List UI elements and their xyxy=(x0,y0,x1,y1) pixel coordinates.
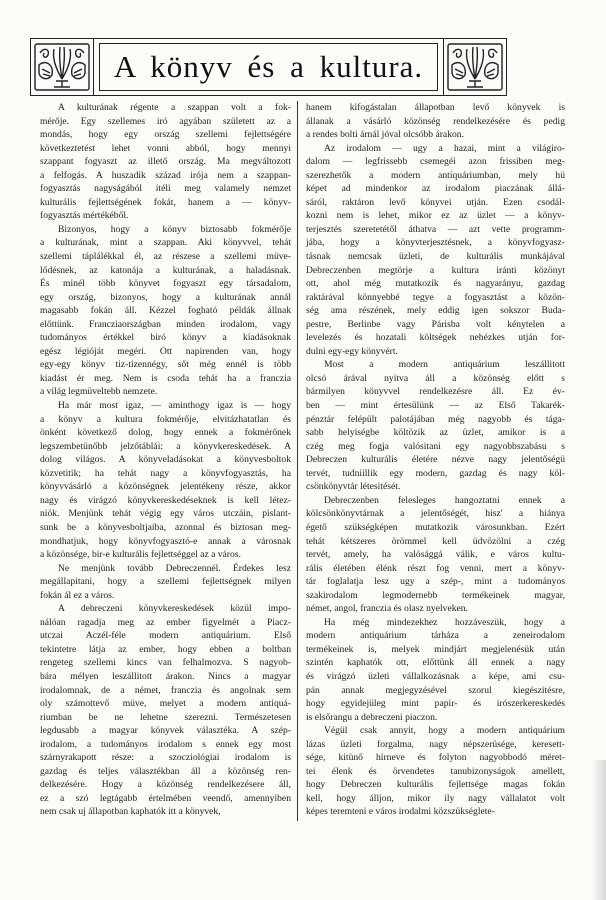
text-line: modern antiquárium tárháza a zeneirodalo… xyxy=(306,629,565,643)
text-line: magasabb fokán áll. Kézzel fogható példá… xyxy=(40,304,291,318)
text-line: irodalom, a tudományos irodalom s ennek … xyxy=(40,738,291,752)
text-line: kell, hogy álljon, mikor ily nagy vállal… xyxy=(306,792,565,806)
text-line: szakirodalom legmodernebb termékeinek ma… xyxy=(306,589,565,603)
text-line: tehát kétszeres örömmel kell üdvözölni a… xyxy=(306,535,565,549)
text-line: Debreczen kulturális életére nézve nagy … xyxy=(306,453,565,467)
paragraph: Ha már most igaz, — aminthogy igaz is — … xyxy=(40,399,291,562)
text-line: tervét, tudniillik egy modern, gazdag és… xyxy=(306,467,565,481)
text-line: pénztár felépült palotájában még nagyobb… xyxy=(306,413,565,427)
text-line: irodalomnak, de a német, franczia és ang… xyxy=(40,684,291,698)
text-line: mérője. Egy szellemes iró agyában szület… xyxy=(40,115,291,129)
text-line: oly számottevő müve, melyet a modern ant… xyxy=(40,697,291,711)
text-line: fogyasztás mértékéből. xyxy=(40,209,291,223)
text-line: levelezés és hozatali költségek nehézkes… xyxy=(306,331,565,345)
text-line: előttünk. Francziaországban minden iroda… xyxy=(40,318,291,332)
text-line: a rendes bolti árnál jóval olcsóbb árako… xyxy=(306,128,565,142)
text-line: ben — mint értesülünk — az Első Takarék- xyxy=(306,399,565,413)
text-line: ség ama részének, mely eddig igen sokszo… xyxy=(306,304,565,318)
paragraph: Ha még mindezekhez hozzáveszük, hogy amo… xyxy=(306,616,565,724)
text-line: megállapitani, hogy a szellemi fejlettsé… xyxy=(40,575,291,589)
text-line: tei élenk és örvendetes tanubizonyságok … xyxy=(306,765,565,779)
paragraph: hanem kifogástalan állapotban levő könyv… xyxy=(306,101,565,142)
text-line: rális életében élénk részt fog venni, me… xyxy=(306,562,565,576)
paragraph: Ne menjünk tovább Debreczennél. Érdekes … xyxy=(40,562,291,603)
text-line: Most a modern antiquárium leszállitott xyxy=(306,358,565,372)
text-line: önként következő dolog, hogy ennek a fok… xyxy=(40,426,291,440)
page-edge-shadow xyxy=(592,760,606,900)
text-line: mondás, hogy egy ország szellemi fejlett… xyxy=(40,128,291,142)
text-line: utczai Aczél-féle modern antiquárium. El… xyxy=(40,629,291,643)
text-line: kölcsönkönyvtárnak a jelentőségét, hisz'… xyxy=(306,507,565,521)
text-line: hogy Debreczen kulturális fejlettsége ma… xyxy=(306,778,565,792)
text-line: Ha még mindezekhez hozzáveszük, hogy a xyxy=(306,616,565,630)
left-column: A kulturának régente a szappan volt a fo… xyxy=(40,101,298,821)
text-line: pestre, Berlinbe vagy Párisba volt kényt… xyxy=(306,318,565,332)
text-line: tekintetre látja az ember, hogy ebben a … xyxy=(40,643,291,657)
text-line: niök. Menjünk tehát végig egy város utcz… xyxy=(40,507,291,521)
text-line: bármilyen könyvvel rendelkezésre áll. Ez… xyxy=(306,385,565,399)
paragraph: A debreczeni könyvkereskedések közül imp… xyxy=(40,602,291,819)
paragraph: A kulturának régente a szappan volt a fo… xyxy=(40,101,291,223)
right-column: hanem kifogástalan állapotban levő könyv… xyxy=(298,101,565,821)
text-line: Végül csak annyit, hogy a modern antiquá… xyxy=(306,724,565,738)
text-line: pán annak megjegyzésével szorul kiegészi… xyxy=(306,684,565,698)
text-line: tár foglalatja lesz ugy a szép-, mint a … xyxy=(306,575,565,589)
text-line: legdusabb a magyar könyvek választéka. A… xyxy=(40,724,291,738)
paragraph: Bizonyos, hogy a könyv biztosabb fokmérő… xyxy=(40,223,291,399)
text-line: Debreczenben felesleges hangoztatni enne… xyxy=(306,494,565,508)
text-line: sunk be a könyvesboltjaiba, azonnal és b… xyxy=(40,521,291,535)
text-line: sáról, raktáron levő könyvei utján. Ezen… xyxy=(306,196,565,210)
text-line: szerezhetők a modern antiquáriumban, mel… xyxy=(306,169,565,183)
palmette-ornament-right-icon xyxy=(443,39,506,95)
text-line: fokán ál ez a város. xyxy=(40,589,291,603)
text-line: egy ország, bizonyos, hogy a kulturának … xyxy=(40,291,291,305)
text-line: legszembetünőbb jelzőtáblái: a könyvkere… xyxy=(40,440,291,454)
text-line: és virágzó üzleti vállalkozásnak a képe,… xyxy=(306,670,565,684)
text-line: egész légióját megéri. Ott napirenden va… xyxy=(40,345,291,359)
page-title: A könyv és a kultura. xyxy=(114,49,423,85)
text-line: hanem kifogástalan állapotban levő könyv… xyxy=(306,101,565,115)
text-line: kozni nem is lehet, mikor ez az üzlet — … xyxy=(306,209,565,223)
text-line: tervét, amely, ha valósággá válik, e vár… xyxy=(306,548,565,562)
text-line: szintén kaphatók ott, előttünk áll ennek… xyxy=(306,656,565,670)
text-line: lődésnek, az katonája a kulturának, a ha… xyxy=(40,264,291,278)
text-line: sége, kitünő hírneve és folyton nagyobbo… xyxy=(306,751,565,765)
text-line: német, angol, franczia és olasz nyelveke… xyxy=(306,602,565,616)
paragraph: Az irodalom — ugy a hazai, mint a világi… xyxy=(306,142,565,359)
text-line: Debreczenben megtörje a kultura iránti k… xyxy=(306,264,565,278)
text-line: gazdag és teljes választékban áll a közö… xyxy=(40,765,291,779)
paragraph: Most a modern antiquárium leszállitottol… xyxy=(306,358,565,493)
article-title-banner: A könyv és a kultura. xyxy=(30,38,507,96)
text-line: termékeinek is, melyek mindjárt megjelen… xyxy=(306,643,565,657)
palmette-ornament-left-icon xyxy=(31,39,94,95)
text-line: lázas üzleti forgalma, nagy népszerüsége… xyxy=(306,738,565,752)
text-line: kiadást ér meg. Nem is csoda tehát ha a … xyxy=(40,372,291,386)
article-body: A kulturának régente a szappan volt a fo… xyxy=(40,101,565,821)
text-line: dalom — legfrissebb csemegéi azon frissi… xyxy=(306,155,565,169)
text-line: szappant fogyaszt az illető ország. Ma m… xyxy=(40,155,291,169)
text-line: csönkönyvtár létesitését. xyxy=(306,480,565,494)
text-line: nem csak uj állapotban kaphatók itt a kö… xyxy=(40,805,291,819)
text-line: nálóan ragadja meg az ember figyelmét a … xyxy=(40,616,291,630)
text-line: mondhatjuk, hogy könyvfogyasztó-e annak … xyxy=(40,535,291,549)
text-line: dolog világos. A könyveladásokat a könyv… xyxy=(40,453,291,467)
paragraph: Végül csak annyit, hogy a modern antiquá… xyxy=(306,724,565,819)
text-line: nagy és virágzó könyvkereskedéseknek is … xyxy=(40,494,291,508)
text-line: kulturális fejlettségének fokát, hanem a… xyxy=(40,196,291,210)
text-line: És minél több könyvet fogyaszt egy társa… xyxy=(40,277,291,291)
text-line: közvetitik; ha tehát nagy a könyvfogyasz… xyxy=(40,467,291,481)
text-line: állanak a vásárló közönség rendelkezésér… xyxy=(306,115,565,129)
text-line: Ne menjünk tovább Debreczennél. Érdekes … xyxy=(40,562,291,576)
text-line: delkezésére. Hogy a közönség rendelkezés… xyxy=(40,778,291,792)
text-line: szellemi táplálékkal él, az részese a sz… xyxy=(40,250,291,264)
text-line: raktárával könnyebbé tegye a fogyasztást… xyxy=(306,291,565,305)
text-line: riumban be ne lehetne szerezni. Természe… xyxy=(40,711,291,725)
text-line: is elsőrangu a debreczeni piaczon. xyxy=(306,711,565,725)
text-line: fogyasztás nagyságából ítéli meg valamel… xyxy=(40,182,291,196)
text-line: egy-egy könyv tiz-tizennégy, sőt még enn… xyxy=(40,358,291,372)
text-line: Bizonyos, hogy a könyv biztosabb fokmérő… xyxy=(40,223,291,237)
text-line: a világ legmüveltebb nemzete. xyxy=(40,385,291,399)
text-line: könyvvásárló a közönségnek jelentékeny r… xyxy=(40,480,291,494)
text-line: A kulturának régente a szappan volt a fo… xyxy=(40,101,291,115)
text-line: hogy egyidejüleg mint papir- és irószerk… xyxy=(306,697,565,711)
text-line: czég meg fogja valósitani egy nagyobbsza… xyxy=(306,440,565,454)
text-line: Ha már most igaz, — aminthogy igaz is — … xyxy=(40,399,291,413)
text-line: olcsó árával nyitva áll a közönség előtt… xyxy=(306,372,565,386)
text-line: a kulturának, mint a szappan. Aki könyvv… xyxy=(40,236,291,250)
paragraph: Debreczenben felesleges hangoztatni enne… xyxy=(306,494,565,616)
text-line: jába, hogy a könyvterjesztésnek, a könyv… xyxy=(306,236,565,250)
text-line: képet ad mindenkor az irodalom piaczának… xyxy=(306,182,565,196)
text-line: ott, ahol még mutatkozik és nagyarányu, … xyxy=(306,277,565,291)
text-line: égető szükségképen mutatkozik városunkba… xyxy=(306,521,565,535)
text-line: a felfogás. A huszadik század irója nem … xyxy=(40,169,291,183)
text-line: ez a szó legtágabb értelmében veendő, am… xyxy=(40,792,291,806)
text-line: dulni egy-egy könyvért. xyxy=(306,345,565,359)
text-line: a közönsége, bir-e kulturális fejlettség… xyxy=(40,548,291,562)
text-line: képes teremteni e város irodalmi közszük… xyxy=(306,805,565,819)
text-line: terjesztés szeretetétől áthatva — azt ve… xyxy=(306,223,565,237)
text-line: a könyv a kultura fokmérője, elvitázhata… xyxy=(40,413,291,427)
text-line: tásnak nemcsak üzleti, de kulturális mun… xyxy=(306,250,565,264)
text-line: Az irodalom — ugy a hazai, mint a világi… xyxy=(306,142,565,156)
text-line: rengeteg szellemi kincs van felhalmozva.… xyxy=(40,656,291,670)
text-line: szárnyrakapott része: a szocziológiai ir… xyxy=(40,751,291,765)
text-line: tudományos értékkel biró könyv a kiadáso… xyxy=(40,331,291,345)
text-line: következtetést lehet vonni abból, hogy m… xyxy=(40,142,291,156)
title-frame: A könyv és a kultura. xyxy=(99,43,438,91)
text-line: bára mélyen leszállitott árakon. Nincs a… xyxy=(40,670,291,684)
text-line: sabb helyiségbe költözik az üzlet, amiko… xyxy=(306,426,565,440)
text-line: A debreczeni könyvkereskedések közül imp… xyxy=(40,602,291,616)
